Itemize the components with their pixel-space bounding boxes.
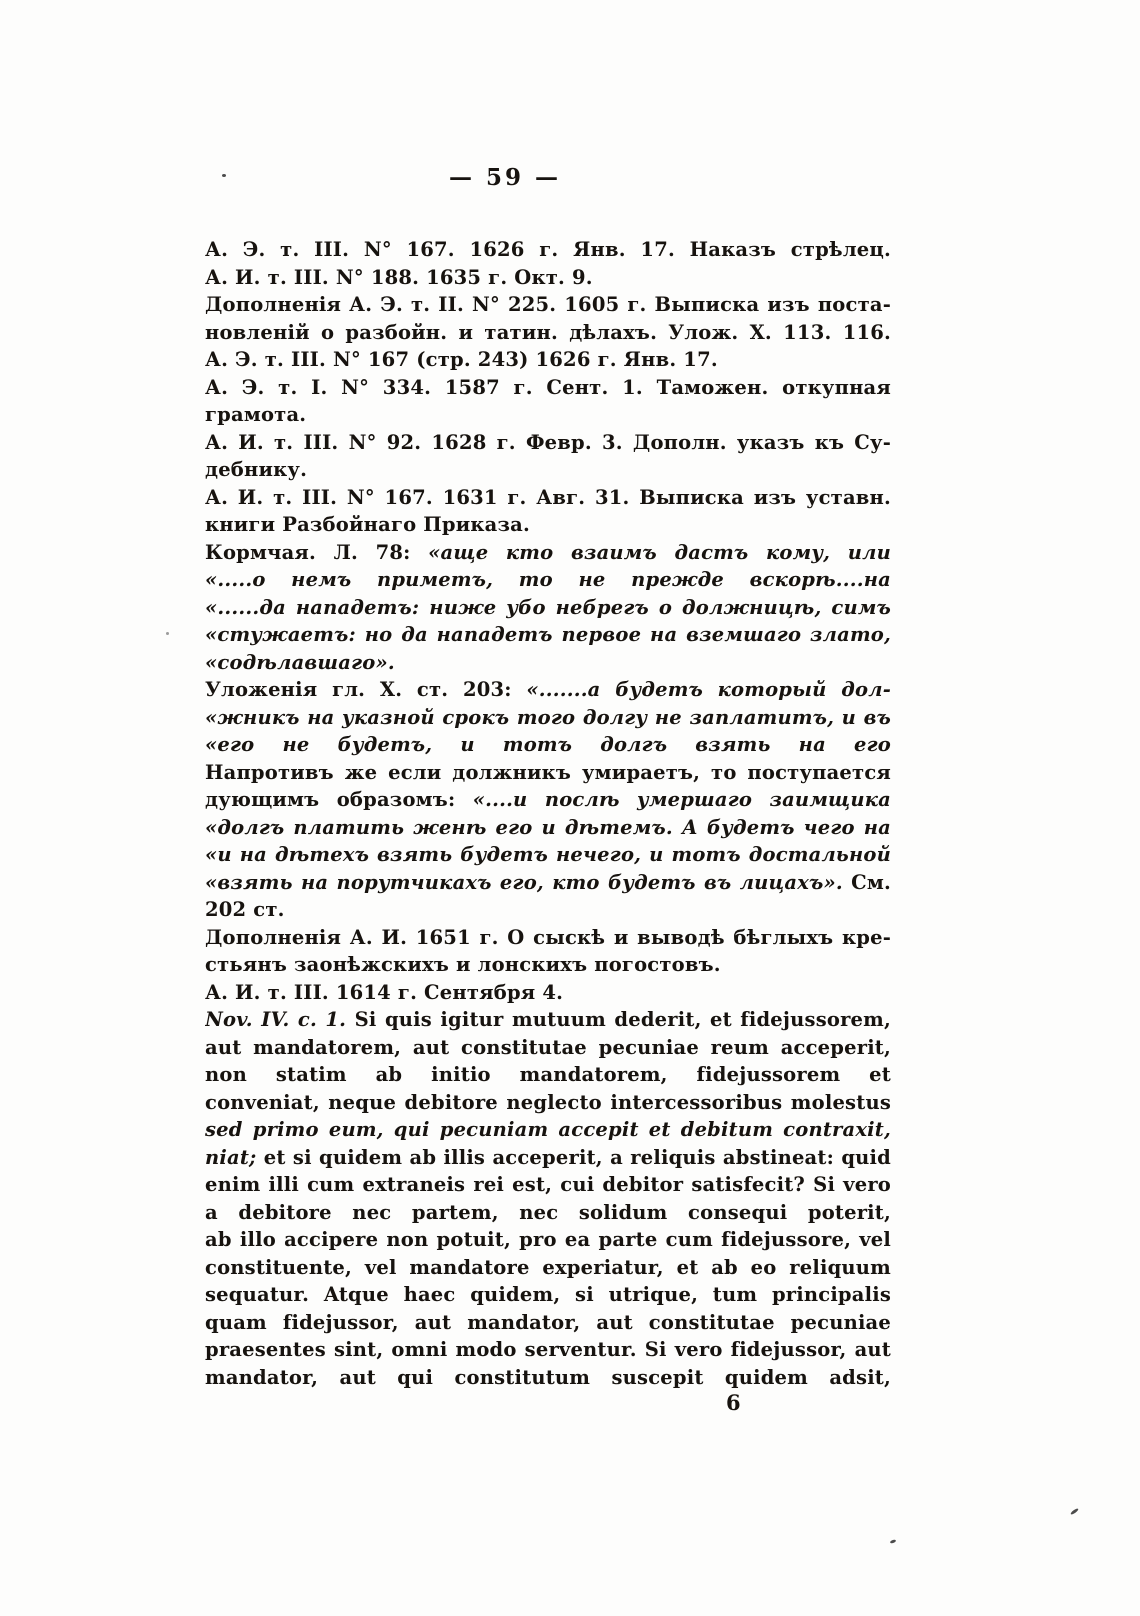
text-segment: А. Э. т. I. N° 334. 1587 г. Сент. 1. Там… [205, 376, 891, 399]
text-segment: sequatur. Atque haec quidem, si utrique,… [205, 1283, 891, 1309]
text-line: constituente, vel mandatore experiatur, … [205, 1254, 891, 1282]
text-line: А. И. т. III. N° 167. 1631 г. Авг. 31. В… [205, 484, 891, 512]
text-line: «стужаетъ: но да нападетъ первое на взем… [205, 621, 891, 649]
quoted-italic-text: «долгъ платить женѣ его и дѣтемъ. А буде… [205, 816, 891, 842]
text-line: «.....о немъ приметъ, то не прежде вскор… [205, 566, 891, 594]
text-segment: А. И. т. III. N° 188. 1635 г. Окт. 9. [205, 266, 593, 289]
text-line: sequatur. Atque haec quidem, si utrique,… [205, 1281, 891, 1309]
text-segment: дебнику. [205, 458, 307, 481]
quoted-italic-text: «.....о немъ приметъ, то не прежде вскор… [205, 568, 891, 594]
text-segment: 202 ст. [205, 898, 285, 921]
text-segment: Si quis igitur mutuum dederit, et fideju… [346, 1008, 891, 1031]
quoted-italic-text: niat; [205, 1146, 256, 1169]
quoted-italic-text: Nov. IV. c. 1. [205, 1008, 346, 1031]
text-segment: et si quidem ab illis acceperit, a reliq… [256, 1146, 891, 1169]
text-line: sed primo eum, qui pecuniam accepit et d… [205, 1116, 891, 1144]
text-line: ab illo accipere non potuit, pro ea part… [205, 1226, 891, 1254]
text-line: 58)А. Э. т. III. N° 167 (стр. 243) 1626 … [205, 346, 891, 374]
text-line: a debitore nec partem, nec solidum conse… [205, 1199, 891, 1227]
text-segment: Кормчая. Л. 78: [205, 541, 428, 564]
text-line: грамота. [205, 401, 891, 429]
text-segment: дующимъ образомъ: [205, 788, 473, 811]
scan-speck [166, 632, 169, 635]
text-line: non statim ab initio mandatorem, fidejus… [205, 1061, 891, 1089]
text-segment: quam fidejussor, aut mandator, aut const… [205, 1311, 891, 1337]
quoted-italic-text: «стужаетъ: но да нападетъ первое на взем… [205, 623, 891, 649]
text-line: дебнику. [205, 456, 891, 484]
footnotes-text-block: А. Э. т. III. N° 167. 1626 г. Янв. 17. Н… [205, 236, 891, 1391]
quoted-italic-text: «содѣлавшаго». [205, 651, 395, 674]
text-line: Уложенія гл. X. ст. 203: «.......а будет… [205, 676, 891, 704]
text-line: conveniat, neque debitore neglecto inter… [205, 1089, 891, 1117]
scan-speck [890, 1539, 897, 1544]
text-segment: aut mandatorem, aut constitutae pecuniae… [205, 1036, 891, 1062]
text-line: 202 ст. [205, 896, 891, 924]
quoted-italic-text: «......да нападетъ: ниже убо небрегъ о д… [205, 596, 891, 622]
text-segment: Дополненія А. Э. т. II. N° 225. 1605 г. … [205, 293, 891, 316]
text-segment: А. И. т. III. N° 167. 1631 г. Авг. 31. В… [205, 486, 891, 509]
text-segment: praesentes sint, omni modo serventur. Si… [205, 1338, 891, 1361]
text-line: А. Э. т. I. N° 334. 1587 г. Сент. 1. Там… [205, 374, 891, 402]
text-segment: новленій о разбойн. и татин. дѣлахъ. Уло… [205, 321, 891, 347]
text-segment: ab illo accipere non potuit, pro ea part… [205, 1228, 891, 1251]
text-line: 61)А. И. т. III. 1614 г. Сентября 4. [205, 979, 891, 1007]
scan-speck [222, 174, 226, 177]
text-line: «взять на порутчикахъ его, кто будетъ въ… [205, 869, 891, 897]
text-line: стьянъ заонѣжскихъ и лонскихъ погостовъ. [205, 951, 891, 979]
text-line: quam fidejussor, aut mandator, aut const… [205, 1309, 891, 1337]
text-line: mandator, aut qui constitutum suscepit q… [205, 1364, 891, 1392]
quoted-italic-text: «его не будетъ, и тотъ долгъ взять на ег… [205, 733, 891, 759]
text-line: «......да нападетъ: ниже убо небрегъ о д… [205, 594, 891, 622]
text-segment: a debitore nec partem, nec solidum conse… [205, 1201, 891, 1227]
text-segment: Дополненія А. И. 1651 г. О сыскѣ и вывод… [205, 926, 891, 949]
text-line: книги Разбойнаго Приказа. [205, 511, 891, 539]
text-line: niat; et si quidem ab illis acceperit, a… [205, 1144, 891, 1172]
text-segment: mandator, aut qui constitutum suscepit q… [205, 1366, 891, 1392]
text-segment: книги Разбойнаго Приказа. [205, 513, 530, 536]
page-number-header: — 59 — [375, 164, 635, 191]
quoted-italic-text: sed primo eum, qui pecuniam accepit et d… [205, 1118, 891, 1144]
text-line: «содѣлавшаго». [205, 649, 891, 677]
text-line: «долгъ платить женѣ его и дѣтемъ. А буде… [205, 814, 891, 842]
text-segment: enim illi cum extraneis rei est, cui deb… [205, 1173, 891, 1196]
text-line: А. И. т. III. N° 92. 1628 г. Февр. 3. До… [205, 429, 891, 457]
text-segment: А. И. т. III. N° 92. 1628 г. Февр. 3. До… [205, 431, 891, 454]
text-line: «жникъ на указной срокъ того долгу не за… [205, 704, 891, 732]
text-line: «и на дѣтехъ взять будетъ нечего, и тотъ… [205, 841, 891, 869]
text-line: Напротивъ же если должникъ умираетъ, то … [205, 759, 891, 787]
text-line: новленій о разбойн. и татин. дѣлахъ. Уло… [205, 319, 891, 347]
text-segment: грамота. [205, 403, 306, 426]
scan-speck [1070, 1508, 1079, 1516]
text-line: 59)Кормчая. Л. 78: «аще кто взаимъ дастъ… [205, 539, 891, 567]
quoted-italic-text: «и на дѣтехъ взять будетъ нечего, и тотъ… [205, 843, 891, 869]
text-line: «его не будетъ, и тотъ долгъ взять на ег… [205, 731, 891, 759]
text-segment: А. Э. т. III. N° 167. 1626 г. Янв. 17. Н… [205, 238, 891, 264]
text-line: Дополненія А. Э. т. II. N° 225. 1605 г. … [205, 291, 891, 319]
quoted-italic-text: «.......а будетъ который дол- [526, 678, 891, 701]
text-segment: Напротивъ же если должникъ умираетъ, то … [205, 761, 891, 787]
text-line: aut mandatorem, aut constitutae pecuniae… [205, 1034, 891, 1062]
text-line: дующимъ образомъ: «....и послѣ умершаго … [205, 786, 891, 814]
text-segment: non statim ab initio mandatorem, fidejus… [205, 1063, 891, 1089]
text-segment: А. И. т. III. 1614 г. Сентября 4. [205, 981, 563, 1004]
text-segment: Уложенія гл. X. ст. 203: [205, 678, 526, 701]
scanned-book-page: — 59 — А. Э. т. III. N° 167. 1626 г. Янв… [0, 0, 1140, 1616]
text-segment: А. Э. т. III. N° 167 (стр. 243) 1626 г. … [205, 348, 718, 371]
quoted-italic-text: «взять на порутчикахъ его, кто будетъ въ… [205, 871, 843, 894]
text-line: praesentes sint, omni modo serventur. Si… [205, 1336, 891, 1364]
text-line: А. Э. т. III. N° 167. 1626 г. Янв. 17. Н… [205, 236, 891, 264]
text-line: 62)Nov. IV. c. 1. Si quis igitur mutuum … [205, 1006, 891, 1034]
text-segment: стьянъ заонѣжскихъ и лонскихъ погостовъ. [205, 953, 721, 976]
text-line: enim illi cum extraneis rei est, cui deb… [205, 1171, 891, 1199]
text-line: А. И. т. III. N° 188. 1635 г. Окт. 9. [205, 264, 891, 292]
text-segment: conveniat, neque debitore neglecto inter… [205, 1091, 891, 1117]
quoted-italic-text: «жникъ на указной срокъ того долгу не за… [205, 706, 891, 732]
signature-mark: 6 [726, 1390, 741, 1415]
text-segment: constituente, vel mandatore experiatur, … [205, 1256, 891, 1282]
text-line: 60)Дополненія А. И. 1651 г. О сыскѣ и вы… [205, 924, 891, 952]
